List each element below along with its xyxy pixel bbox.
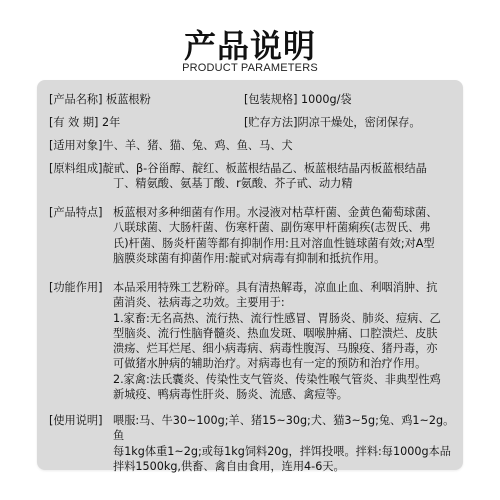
field-label: [适用对象] [49, 138, 102, 153]
text-line: 型脑炎、流行性脑脊髓炎、热血发斑、咽喉肿痛、口腔溃烂、皮肤 [113, 326, 459, 341]
field-label: [贮存方法] [244, 115, 297, 130]
field-value: 1000g/袋 [297, 93, 351, 106]
field-package-spec: [包装规格] 1000g/袋 [244, 92, 352, 107]
field-value: 板蓝根粉 [102, 93, 150, 106]
field-storage: [贮存方法]阴凉干燥处，密闭保存。 [244, 115, 421, 130]
field-validity: [有 效 期] 2年 [49, 115, 120, 130]
section-functions: [功能作用] 本品采用特殊工艺粉碎。具有清热解毒，凉血止血、利咽消肿、抗 菌消炎… [49, 280, 459, 402]
product-parameters-panel: [产品名称] 板蓝根粉 [包装规格] 1000g/袋 [有 效 期] 2年 [贮… [37, 80, 463, 470]
section-features: [产品特点] 板蓝根对多种细菌有作用。水浸液对枯草杆菌、金黄色葡萄球菌、 八联球… [49, 205, 459, 266]
field-label: [产品名称] [49, 92, 102, 107]
field-target-animals: [适用对象]牛、羊、猪、猫、兔、鸡、鱼、马、犬 [49, 138, 293, 153]
field-value: 阴凉干燥处，密闭保存。 [297, 116, 420, 129]
field-value: 2年 [98, 116, 120, 129]
section-label: [产品特点] [49, 205, 102, 220]
field-value: 靛甙、β-谷甾醇、靛红、板蓝根结晶乙、板蓝根结晶丙板蓝根结晶 [102, 162, 426, 175]
text-line: 八联球菌、大肠杆菌、伤寒杆菌、副伤寒甲杆菌痢疾(志贺氏、弗 [113, 220, 459, 235]
page-subtitle: PRODUCT PARAMETERS [0, 62, 500, 74]
text-line: 每1kg体重1~2g;或每1kg饲料20g，拌饵投喂。拌料:每1000g本品 [113, 444, 459, 459]
section-usage: [使用说明] 喂服:马、牛30~100g;羊、猪15~30g;犬、猫3~5g;兔… [49, 413, 459, 474]
text-line: 菌消炎、祛病毒之功效。主要用于: [113, 295, 459, 310]
field-value: 牛、羊、猪、猫、兔、鸡、鱼、马、犬 [102, 139, 292, 152]
text-line: 氏)杆菌、肠炎杆菌等都有抑制作用:且对溶血性链球菌有效;对A型 [113, 236, 459, 251]
text-line: 1.家畜:无名高热、流行热、流行性感冒、胃肠炎、肺炎、痘病、乙 [113, 311, 459, 326]
text-line: 新城疫、鸭病毒性肝炎、肠炎、流感、禽痘等。 [113, 387, 459, 402]
field-value: 丁、精氨酸、氨基丁酸、r氨酸、芥子甙、动力精 [113, 177, 353, 190]
text-line: 2.家禽:法氏囊炎、传染性支气管炎、传染性喉气管炎、非典型性鸡 [113, 372, 459, 387]
section-label: [使用说明] [49, 413, 102, 428]
text-line: 拌料1500kg,供畜、禽自由食用，连用4-6天。 [113, 459, 459, 474]
text-line: 可做猪水肿病的辅助治疗。对病毒也有一定的预防和治疗作用。 [113, 356, 459, 371]
text-line: 喂服:马、牛30~100g;羊、猪15~30g;犬、猫3~5g;兔、鸡1~2g。… [113, 413, 459, 444]
text-line: 溃疡、烂耳烂尾、细小病毒病、病毒性腹泻、马腺疫、猪丹毒，亦 [113, 341, 459, 356]
field-label: [有 效 期] [49, 115, 98, 130]
field-label: [包装规格] [244, 92, 297, 107]
section-label: [功能作用] [49, 280, 102, 295]
field-ingredients: [原料组成]靛甙、β-谷甾醇、靛红、板蓝根结晶乙、板蓝根结晶丙板蓝根结晶 [49, 161, 427, 176]
field-label: [原料组成] [49, 161, 102, 176]
field-product-name: [产品名称] 板蓝根粉 [49, 92, 151, 107]
field-ingredients-cont: 丁、精氨酸、氨基丁酸、r氨酸、芥子甙、动力精 [113, 176, 353, 191]
text-line: 板蓝根对多种细菌有作用。水浸液对枯草杆菌、金黄色葡萄球菌、 [113, 205, 459, 220]
text-line: 脑膜炎球菌有抑菌作用:靛甙对病毒有抑制和抵抗作用。 [113, 251, 459, 266]
page-title: 产品说明 [0, 28, 500, 64]
text-line: 本品采用特殊工艺粉碎。具有清热解毒，凉血止血、利咽消肿、抗 [113, 280, 459, 295]
